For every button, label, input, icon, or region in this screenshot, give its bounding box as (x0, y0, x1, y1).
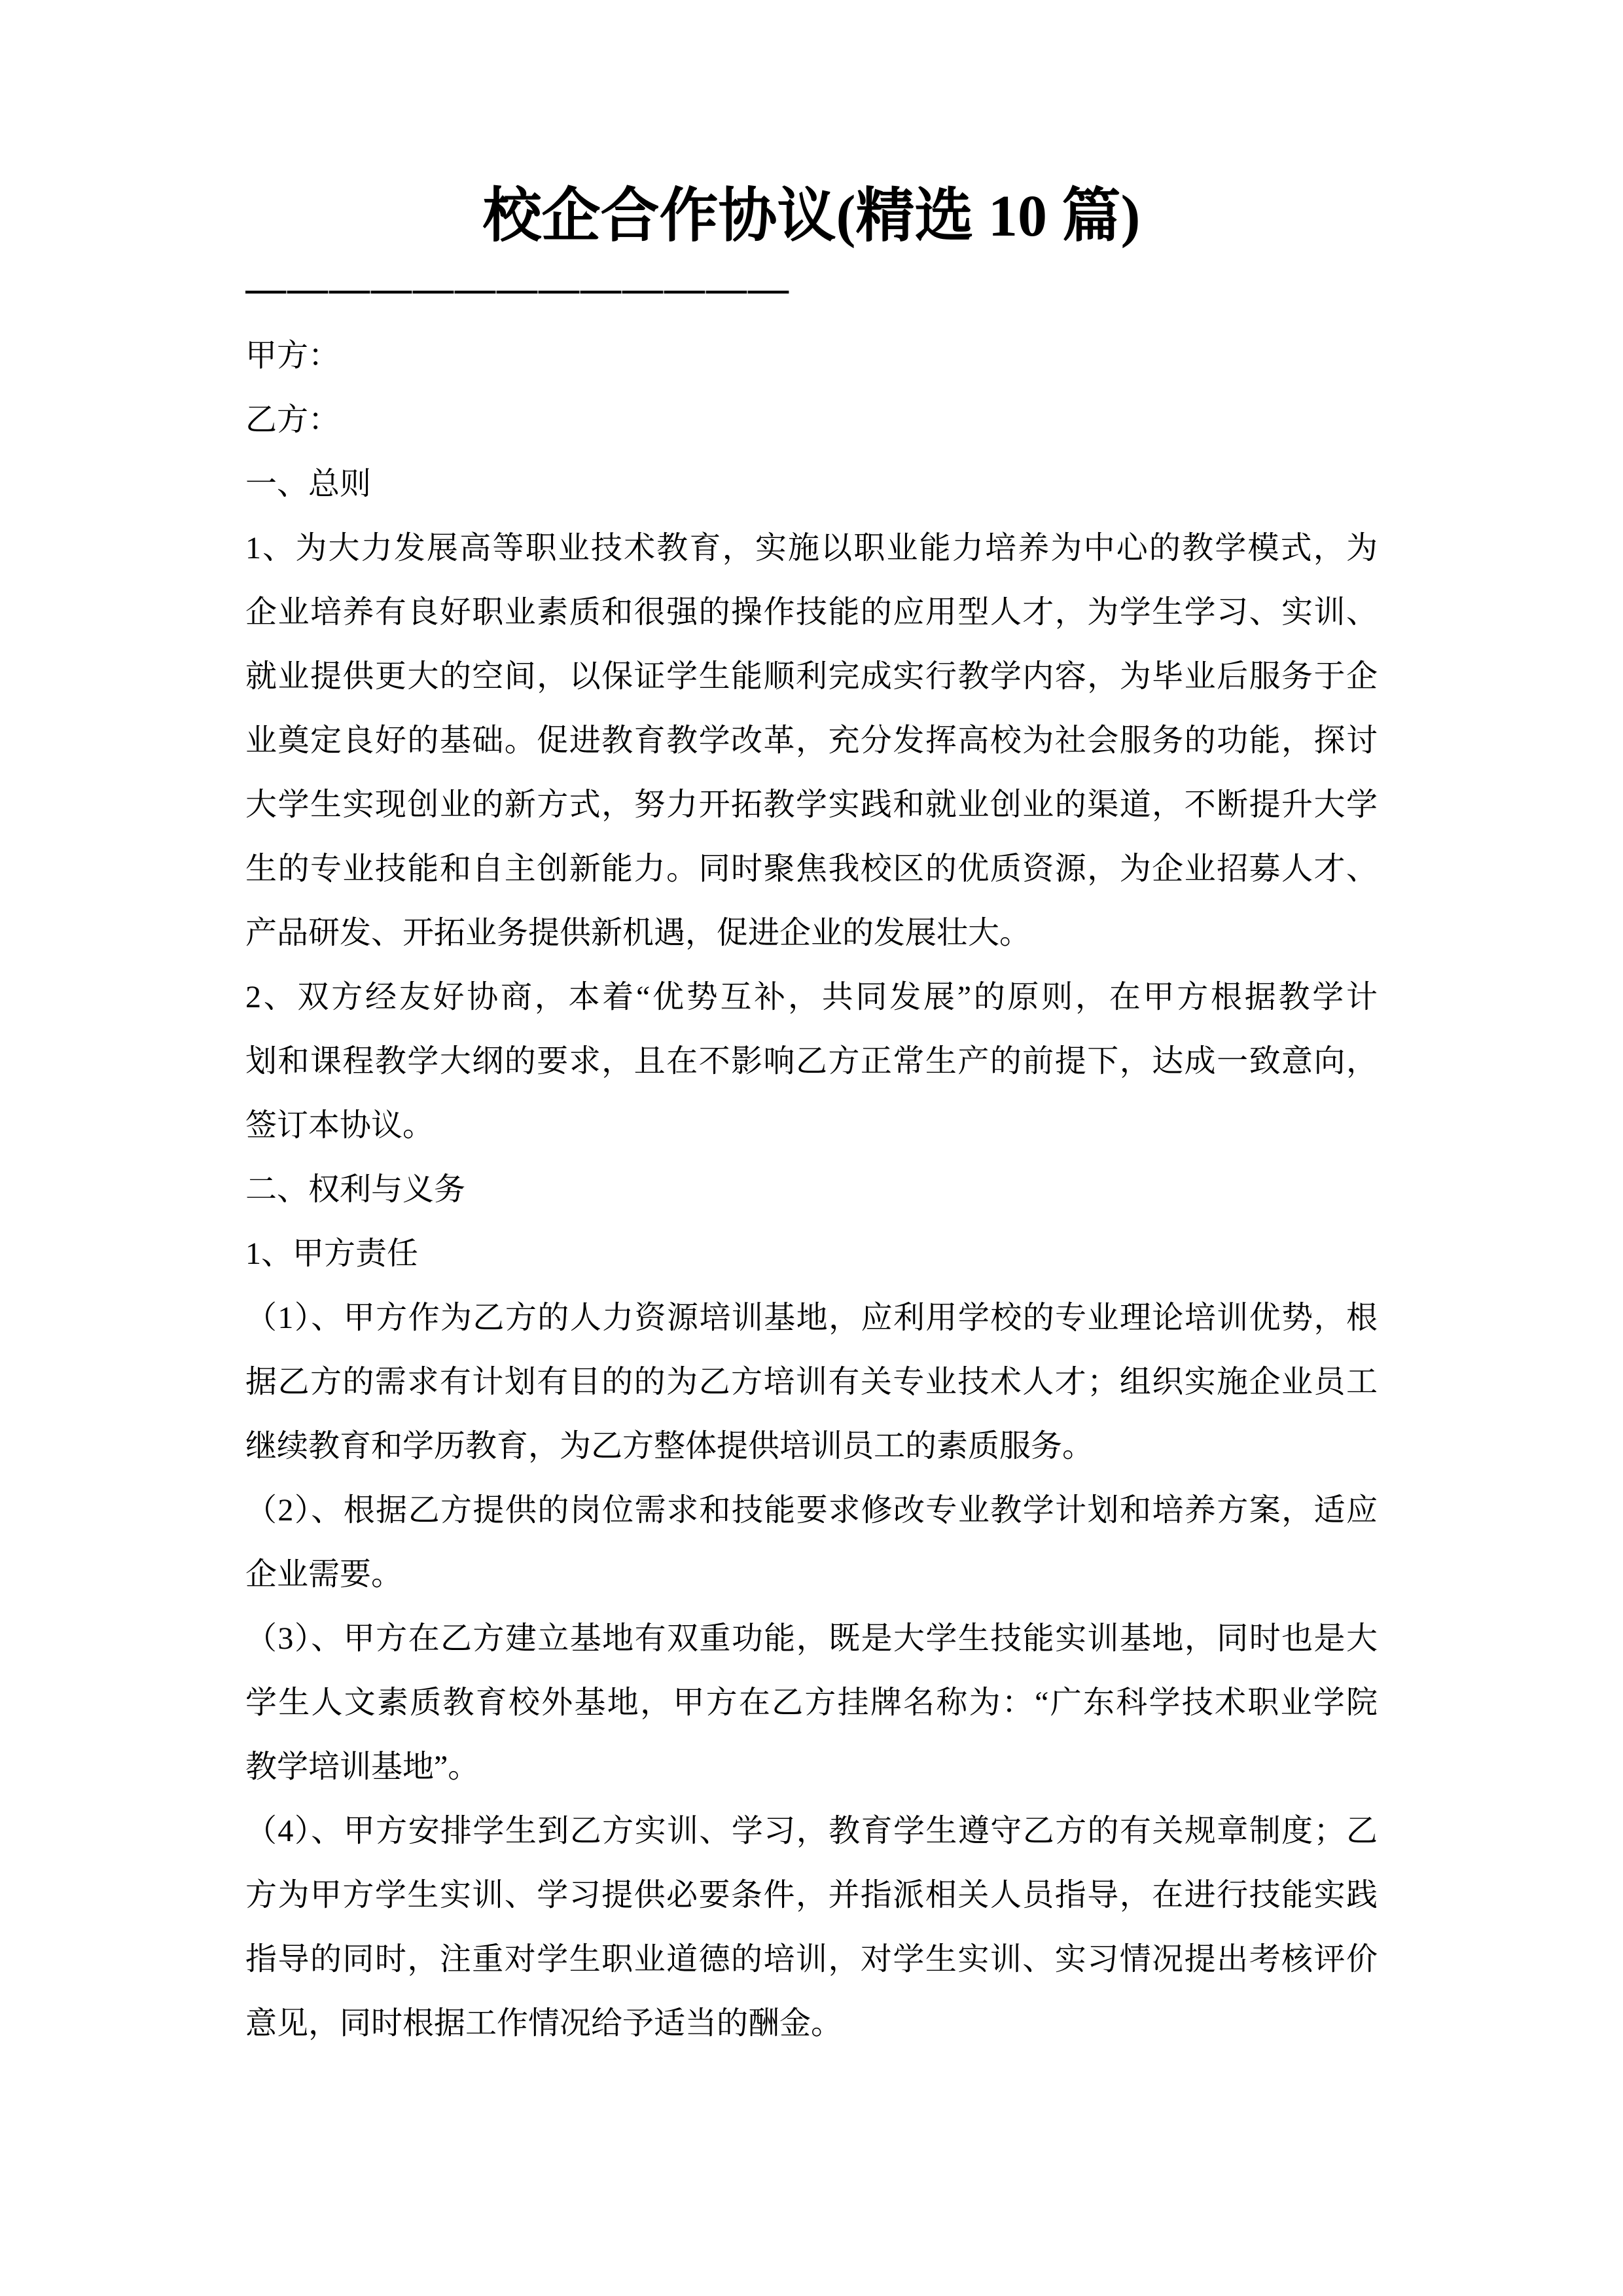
text-line: 甲方： (245, 324, 1378, 388)
text-line: 方为甲方学生实训、学习提供必要条件，并指派相关人员指导，在进行技能实践 (245, 1863, 1378, 1928)
text-line: 乙方： (245, 388, 1378, 452)
text-line: 一、总则 (245, 452, 1378, 516)
text-line: 企业需要。 (245, 1543, 1378, 1607)
text-line: 教学培训基地”。 (245, 1735, 1378, 1799)
divider-line: ————————————— (245, 264, 1378, 324)
text-line: 划和课程教学大纲的要求，且在不影响乙方正常生产的前提下，达成一致意向， (245, 1030, 1378, 1094)
text-line: 2、双方经友好协商，本着“优势互补，共同发展”的原则，在甲方根据教学计 (245, 965, 1378, 1030)
text-line: 产品研发、开拓业务提供新机遇，促进企业的发展壮大。 (245, 901, 1378, 965)
document-body: 甲方：乙方：一、总则1、为大力发展高等职业技术教育，实施以职业能力培养为中心的教… (245, 324, 1378, 2056)
text-line: 业奠定良好的基础。促进教育教学改革，充分发挥高校为社会服务的功能，探讨 (245, 709, 1378, 773)
text-line: 企业培养有良好职业素质和很强的操作技能的应用型人才，为学生学习、实训、 (245, 581, 1378, 645)
text-line: 1、为大力发展高等职业技术教育，实施以职业能力培养为中心的教学模式，为 (245, 516, 1378, 581)
text-line: 二、权利与义务 (245, 1158, 1378, 1222)
document-root: { "document": { "title": "校企合作协议(精选 10 篇… (0, 0, 1623, 2296)
text-line: 继续教育和学历教育，为乙方整体提供培训员工的素质服务。 (245, 1414, 1378, 1479)
text-line: （3）、甲方在乙方建立基地有双重功能，既是大学生技能实训基地，同时也是大 (245, 1607, 1378, 1671)
text-line: 学生人文素质教育校外基地，甲方在乙方挂牌名称为：“广东科学技术职业学院 (245, 1671, 1378, 1735)
text-line: 大学生实现创业的新方式，努力开拓教学实践和就业创业的渠道，不断提升大学 (245, 773, 1378, 837)
text-line: 签订本协议。 (245, 1094, 1378, 1158)
text-line: 就业提供更大的空间，以保证学生能顺利完成实行教学内容，为毕业后服务于企 (245, 645, 1378, 709)
text-line: （2）、根据乙方提供的岗位需求和技能要求修改专业教学计划和培养方案，适应 (245, 1479, 1378, 1543)
text-line: 指导的同时，注重对学生职业道德的培训，对学生实训、实习情况提出考核评价 (245, 1928, 1378, 1992)
text-line: （1）、甲方作为乙方的人力资源培训基地，应利用学校的专业理论培训优势，根 (245, 1286, 1378, 1350)
text-line: 意见，同时根据工作情况给予适当的酬金。 (245, 1992, 1378, 2056)
document-page: 校企合作协议(精选 10 篇) ————————————— 甲方：乙方：一、总则… (0, 0, 1623, 2296)
document-content: 校企合作协议(精选 10 篇) ————————————— 甲方：乙方：一、总则… (0, 0, 1623, 2056)
text-line: 据乙方的需求有计划有目的的为乙方培训有关专业技术人才；组织实施企业员工 (245, 1350, 1378, 1414)
text-line: 生的专业技能和自主创新能力。同时聚焦我校区的优质资源，为企业招募人才、 (245, 837, 1378, 901)
text-line: 1、甲方责任 (245, 1222, 1378, 1286)
document-title: 校企合作协议(精选 10 篇) (245, 178, 1378, 255)
text-line: （4）、甲方安排学生到乙方实训、学习，教育学生遵守乙方的有关规章制度；乙 (245, 1799, 1378, 1863)
